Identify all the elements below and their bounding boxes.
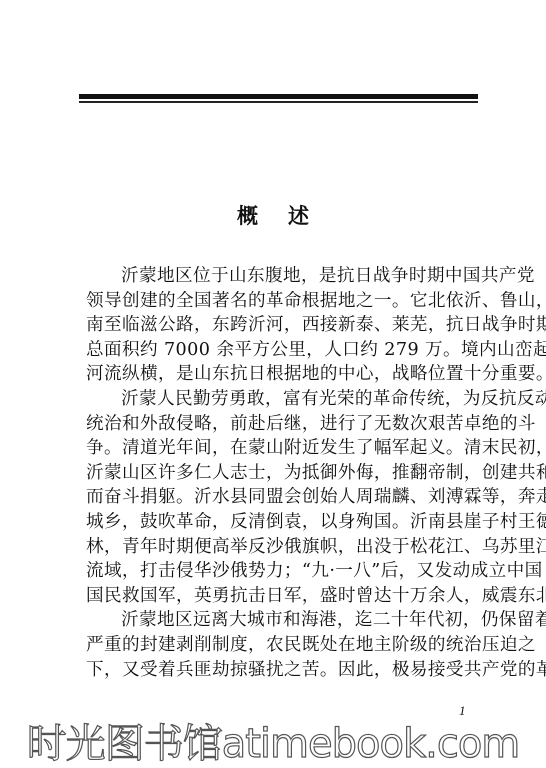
text-line: 河流纵横，是山东抗日根据地的中心，战略位置十分重要。 — [86, 362, 478, 387]
body-text: 沂蒙地区位于山东腹地，是抗日战争时期中国共产党 领导创建的全国著名的革命根据地之… — [86, 264, 478, 682]
text-line: 沂蒙地区位于山东腹地，是抗日战争时期中国共产党 — [86, 264, 478, 289]
chapter-heading: 概述 — [0, 200, 546, 230]
text-line: 而奋斗捐躯。沂水县同盟会创始人周瑞麟、刘溥霖等，奔走 — [86, 485, 478, 510]
text-line: 统治和外敌侵略，前赴后继，进行了无数次艰苦卓绝的斗 — [86, 412, 478, 437]
text-line: 沂蒙山区许多仁人志士，为抵御外侮，推翻帝制，创建共和 — [86, 461, 478, 486]
text-line: 流域，打击侵华沙俄势力；“九·一八”后，又发动成立中国 — [86, 559, 478, 584]
header-rule-thick — [79, 94, 478, 99]
watermark: 时光图书馆atimebook.com — [0, 720, 546, 768]
text-line: 沂蒙人民勤劳勇敢，富有光荣的革命传统，为反抗反动 — [86, 387, 478, 412]
text-line: 林，青年时期便高举反沙俄旗帜，出没于松花江、乌苏里江 — [86, 535, 478, 560]
text-line: 南至临滋公路，东跨沂河，西接新泰、莱芜，抗日战争时期， — [86, 313, 478, 338]
text-line: 下，又受着兵匪劫掠骚扰之苦。因此，极易接受共产党的革 — [86, 658, 478, 683]
text-line: 争。清道光年间，在蒙山附近发生了幅军起义。清末民初， — [86, 436, 478, 461]
text-line: 国民救国军，英勇抗击日军，盛时曾达十万余人，威震东北。 — [86, 584, 478, 609]
text-line: 沂蒙地区远离大城市和海港，迄二十年代初，仍保留着 — [86, 608, 478, 633]
text-line: 领导创建的全国著名的革命根据地之一。它北依沂、鲁山， — [86, 289, 478, 314]
paragraph: 沂蒙地区位于山东腹地，是抗日战争时期中国共产党 领导创建的全国著名的革命根据地之… — [86, 264, 478, 387]
paragraph: 沂蒙地区远离大城市和海港，迄二十年代初，仍保留着 严重的封建剥削制度，农民既处在… — [86, 608, 478, 682]
paragraph: 沂蒙人民勤劳勇敢，富有光荣的革命传统，为反抗反动 统治和外敌侵略，前赴后继，进行… — [86, 387, 478, 608]
header-rule-thin — [79, 101, 478, 103]
text-line: 总面积约 7000 余平方公里，人口约 279 万。境内山峦起伏， — [86, 338, 478, 363]
page-number: 1 — [459, 703, 466, 719]
text-line: 城乡，鼓吹革命，反清倒袁，以身殉国。沂南县崖子村王德 — [86, 510, 478, 535]
text-line: 严重的封建剥削制度，农民既处在地主阶级的统治压迫之 — [86, 633, 478, 658]
